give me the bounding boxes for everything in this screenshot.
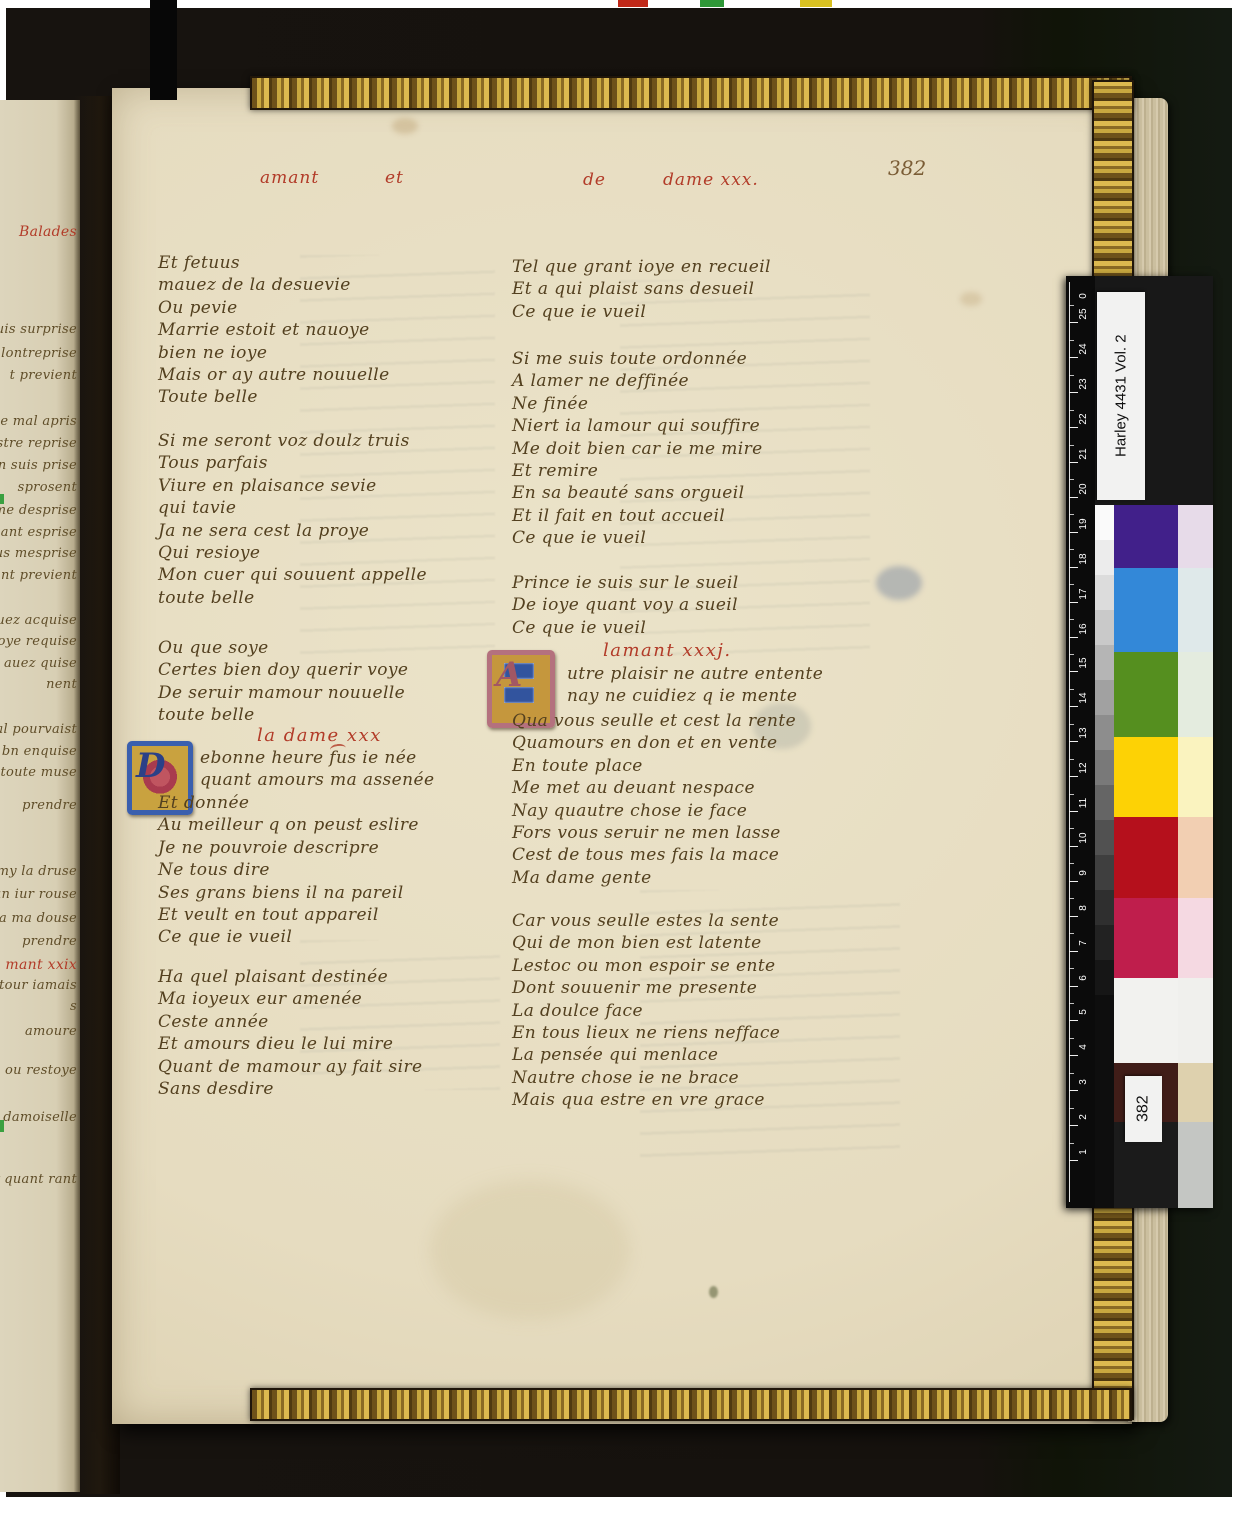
gray-step — [1095, 960, 1114, 995]
verse-line: Si me seront voz doulz truis — [158, 430, 427, 452]
ruler-number: 2 — [1078, 1108, 1090, 1126]
ruler-half-tick — [1069, 863, 1074, 864]
verse-line: La pensée qui menlace — [512, 1044, 780, 1066]
verse-line: En sa beauté sans orgueil — [512, 482, 763, 504]
verse-line: En toute place — [512, 755, 796, 777]
ruler-tick — [1069, 497, 1078, 498]
verse-line: Si me suis toute ordonnée — [512, 348, 763, 370]
ruler-tick — [1069, 602, 1078, 603]
foxing-spot — [960, 292, 982, 306]
verse-line: Qui de mon bien est latente — [512, 932, 780, 954]
right-column-stanza: Tel que grant ioye en recueilEt a qui pl… — [512, 256, 771, 323]
ruler-half-tick — [1069, 340, 1074, 341]
ruler-number: 24 — [1078, 340, 1090, 358]
ruler-half-tick — [1069, 759, 1074, 760]
verse-line: Me met au deuant nespace — [512, 777, 796, 799]
facing-page-line: droit mauez acquise — [0, 613, 77, 628]
patch-swatch — [1178, 898, 1213, 978]
rubric-la-dame: la dame xxx — [257, 725, 382, 746]
right-column-stanza: Car vous seulle estes la senteQui de mon… — [512, 910, 780, 1112]
facing-page-line: t temps fait comme mal apris — [0, 414, 77, 429]
patch-swatch — [1178, 568, 1213, 652]
ruler-half-tick — [1069, 514, 1074, 515]
facing-page-line: my ay tour a ma douse — [0, 911, 77, 926]
patch-swatch — [1178, 505, 1213, 568]
verse-line: Et donnée — [158, 792, 419, 814]
verse-line: Ne finée — [512, 393, 763, 415]
gray-steps — [1095, 505, 1114, 1208]
facing-page-line: sprosent — [18, 480, 77, 495]
verse-line: bien ne ioye — [158, 342, 390, 364]
facing-page-line: ier car on ne me desprise — [0, 503, 77, 518]
ruler-number: 19 — [1078, 515, 1090, 533]
gray-step — [1095, 680, 1114, 715]
verse-line: Prince ie suis sur le sueil — [512, 572, 739, 594]
ruler-number: 25 — [1078, 305, 1090, 323]
ruler: 0 12345678910111213141516171819202122232… — [1066, 276, 1095, 1208]
verse-line: Lestoc ou mon espoir se ente — [512, 955, 780, 977]
facing-page-line: dont doy estre reprise — [0, 436, 77, 451]
ruler-number: 6 — [1078, 969, 1090, 987]
gold-border-top — [250, 76, 1132, 110]
ruler-tick — [1069, 881, 1078, 882]
verse-line: Quant de mamour ay fait sire — [158, 1056, 422, 1078]
verse-line: Ceste année — [158, 1011, 422, 1033]
ruler-number: 23 — [1078, 375, 1090, 393]
verse-line: De ioye quant voy a sueil — [512, 594, 739, 616]
verse-line: Viure en plaisance sevie — [158, 475, 427, 497]
patch-swatch — [1178, 978, 1213, 1063]
gray-step — [1095, 540, 1114, 575]
verse-line: Et amours dieu le lui mire — [158, 1033, 422, 1055]
facing-page-line: nt previent — [1, 568, 77, 583]
left-column-stanza: Ha quel plaisant destinéeMa ioyeux eur a… — [158, 966, 422, 1100]
ruler-number: 9 — [1078, 864, 1090, 882]
verse-line: Quamours en don et en vente — [512, 732, 796, 754]
patch-row-white — [1114, 978, 1213, 1063]
facing-page-line: e men suis bn enquise — [0, 744, 77, 759]
patch-swatch — [1114, 898, 1178, 978]
verse-line: A lamer ne deffinée — [512, 370, 763, 392]
verse-line: ebonne heure fus ie née — [200, 747, 434, 769]
verse-line: utre plaisir ne autre entente — [567, 663, 823, 685]
patch-swatch — [1178, 817, 1213, 898]
initial-letter: D — [136, 746, 165, 786]
ruler-number: 12 — [1078, 759, 1090, 777]
verse-line: Ce que ie vueil — [512, 301, 771, 323]
facing-page-line: ry damoiselle — [0, 1110, 77, 1125]
running-header-word: dame xxx. — [663, 170, 759, 190]
patch-swatch — [1114, 817, 1178, 898]
ruler-tick — [1069, 846, 1078, 847]
facing-page-line: mant xxix — [5, 957, 77, 973]
verse-line: Ses grans biens il na pareil — [158, 882, 419, 904]
patch-swatch — [1178, 652, 1213, 737]
gold-border-bottom — [250, 1388, 1132, 1421]
ruler-number: 14 — [1078, 689, 1090, 707]
verse-line: Mais qua estre en vre grace — [512, 1089, 780, 1111]
verse-line: toute belle — [158, 704, 408, 726]
facing-page-line: vous dequi ie suis surprise — [0, 322, 77, 337]
edge-mark — [0, 1120, 4, 1132]
gray-step — [1095, 820, 1114, 855]
facing-page-line: venir quant rant — [0, 1172, 77, 1187]
verse-line: Ja ne sera cest la proye — [158, 520, 427, 542]
running-header-word: et — [385, 168, 404, 188]
ruler-half-tick — [1069, 619, 1074, 620]
right-column-stanza: Si me suis toute ordonnéeA lamer ne deff… — [512, 348, 763, 550]
verse-line: toute belle — [158, 587, 427, 609]
verse-line: Ce que ie vueil — [158, 926, 419, 948]
ruler-tick — [1069, 706, 1078, 707]
patch-swatch — [1114, 978, 1178, 1063]
left-column-envoy: Ou que soyeCertes bien doy querir voyeDe… — [158, 637, 408, 727]
verse-line: Ma ioyeux eur amenée — [158, 988, 422, 1010]
patch-row-yellow — [1114, 737, 1213, 817]
edge-mark — [0, 494, 4, 504]
ruler-half-tick — [1069, 549, 1074, 550]
verse-line: Et veult en tout appareil — [158, 904, 419, 926]
patch-swatch — [1178, 1122, 1213, 1208]
patch-swatch — [1178, 1063, 1213, 1122]
top-edge-mark — [618, 0, 648, 7]
verse-line: Ce que ie vueil — [512, 617, 739, 639]
right-column-initial-lines: utre plaisir ne autre entente nay ne cui… — [567, 663, 823, 708]
running-header-word: amant — [260, 168, 319, 188]
manuscript-page: amant et de dame xxx. 382 Et fetuusmauez… — [112, 88, 1132, 1424]
verse-line: Qui resioye — [158, 542, 427, 564]
facing-page-line: prendre — [22, 934, 77, 949]
facing-page-sliver: Baladesvous dequi ie suis surpriseay et … — [0, 100, 80, 1492]
facing-page-line: tour iamais — [0, 978, 77, 993]
color-bar-main: Harley 4431 Vol. 2 382 — [1095, 276, 1213, 1208]
ruler-half-tick — [1069, 1003, 1074, 1004]
top-edge-mark — [800, 0, 832, 7]
facing-page-line: ay et q de lontreprise — [0, 346, 77, 361]
ruler-tick — [1069, 671, 1078, 672]
facing-page-line: lien que ien soye requise — [0, 634, 77, 649]
gray-step — [1095, 610, 1114, 645]
verse-line: La doulce face — [512, 1000, 780, 1022]
initial-letter: A — [496, 655, 522, 695]
rubric-lamant: lamant xxxj. — [603, 640, 732, 661]
ruler-tick — [1069, 951, 1078, 952]
ruler-tick — [1069, 1160, 1078, 1161]
verse-line: Mais or ay autre nouuelle — [158, 364, 390, 386]
ruler-number: 18 — [1078, 550, 1090, 568]
ruler-tick — [1069, 811, 1078, 812]
right-column-stanza: Qua vous seulle et cest la renteQuamours… — [512, 710, 796, 889]
ruler-half-tick — [1069, 933, 1074, 934]
gray-step — [1095, 750, 1114, 785]
facing-page-line: oure q chun iur rouse — [0, 887, 77, 902]
verse-line: Mon cuer qui souuent appelle — [158, 564, 427, 586]
ruler-number: 5 — [1078, 1003, 1090, 1021]
digitized-manuscript-photo: Baladesvous dequi ie suis surpriseay et … — [0, 0, 1244, 1536]
ruler-tick — [1069, 427, 1078, 428]
ruler-tick — [1069, 637, 1078, 638]
verse-line: Nay quautre chose ie face — [512, 800, 796, 822]
ruler-half-tick — [1069, 584, 1074, 585]
ruler-number: 13 — [1078, 724, 1090, 742]
left-column-stanza: Et fetuusmauez de la desuevieOu pevieMar… — [158, 252, 390, 409]
verse-line: Nautre chose ie ne brace — [512, 1067, 780, 1089]
facing-page-line: me plaist en toute muse — [0, 765, 77, 780]
ruler-number: 4 — [1078, 1038, 1090, 1056]
book-clamp — [150, 0, 177, 100]
verse-line: quant amours ma assenée — [200, 769, 434, 791]
right-column-envoy: Prince ie suis sur le sueilDe ioye quant… — [512, 572, 739, 639]
ruler-number: 16 — [1078, 620, 1090, 638]
facing-page-line: e ou restoye — [0, 1063, 77, 1078]
ruler-tick — [1069, 392, 1078, 393]
ruler-tick — [1069, 1055, 1078, 1056]
ruler-half-tick — [1069, 654, 1074, 655]
verse-line: Ou pevie — [158, 297, 390, 319]
patch-swatch — [1114, 652, 1178, 737]
ruler-number: 8 — [1078, 899, 1090, 917]
ruler-tick — [1069, 1090, 1078, 1091]
top-edge-mark — [700, 0, 724, 7]
ruler-half-tick — [1069, 1143, 1074, 1144]
patch-swatch — [1114, 568, 1178, 652]
facing-page-line: si oces vaillant esprise — [0, 525, 77, 540]
ruler-tick — [1069, 986, 1078, 987]
left-column-stanza: Si me seront voz doulz truisTous parfais… — [158, 430, 427, 609]
patch-row-crimson — [1114, 898, 1213, 978]
ruler-top-label: 0 — [1078, 287, 1090, 305]
folio-number-ink: 382 — [888, 156, 926, 180]
verse-line: Ce que ie vueil — [512, 527, 763, 549]
facing-page-line: t previent — [10, 368, 77, 383]
verse-line: Cest de tous mes fais la mace — [512, 844, 796, 866]
ink-smudge — [876, 566, 922, 600]
ruler-tick — [1069, 741, 1078, 742]
verse-line: Marrie estoit et nauoye — [158, 319, 390, 341]
ruler-half-tick — [1069, 375, 1074, 376]
ruler-half-tick — [1069, 479, 1074, 480]
facing-page-line: m p tres loyal pourvaist — [0, 722, 77, 737]
patch-row-blue — [1114, 568, 1213, 652]
gray-step — [1095, 715, 1114, 750]
ruler-number: 22 — [1078, 410, 1090, 428]
verse-line: Et fetuus — [158, 252, 390, 274]
ruler-tick — [1069, 1125, 1078, 1126]
shelfmark-label: Harley 4431 Vol. 2 — [1097, 292, 1145, 500]
facing-page-line: prendre — [22, 798, 77, 813]
left-column-stanza: Et donnéeAu meilleur q on peust eslireJe… — [158, 792, 419, 949]
ruler-half-tick — [1069, 968, 1074, 969]
ruler-tick — [1069, 357, 1078, 358]
gray-step — [1095, 855, 1114, 890]
patch-swatch — [1178, 737, 1213, 817]
verse-line: Dont souuenir me presente — [512, 977, 780, 999]
facing-page-line: ele et lauoye auez quise — [0, 656, 77, 671]
verse-line: Tous parfais — [158, 452, 427, 474]
verse-line: nay ne cuidiez q ie mente — [567, 685, 823, 707]
verse-line: Sans desdire — [158, 1078, 422, 1100]
ruler-half-tick — [1069, 305, 1074, 306]
folio-label: 382 — [1125, 1076, 1162, 1142]
gray-step — [1095, 505, 1114, 540]
ruler-number: 11 — [1078, 794, 1090, 812]
ruler-number: 7 — [1078, 934, 1090, 952]
verse-line: Certes bien doy querir voye — [158, 659, 408, 681]
ruler-half-tick — [1069, 1038, 1074, 1039]
ruler-tick — [1069, 532, 1078, 533]
verse-line: Au meilleur q on peust eslire — [158, 814, 419, 836]
verse-line: De seruir mamour nouuelle — [158, 682, 408, 704]
verse-line: En tous lieux ne riens nefface — [512, 1022, 780, 1044]
ruler-half-tick — [1069, 445, 1074, 446]
gray-step — [1095, 785, 1114, 820]
verse-line: Ha quel plaisant destinée — [158, 966, 422, 988]
patch-row-green — [1114, 652, 1213, 737]
facing-page-line: seul lo quant nen suis prise — [0, 458, 77, 473]
ruler-half-tick — [1069, 1108, 1074, 1109]
facing-page-line: Balades — [19, 224, 77, 240]
ruler-number: 3 — [1078, 1073, 1090, 1091]
patch-swatch — [1114, 505, 1178, 568]
verse-line: Ou que soye — [158, 637, 408, 659]
gray-step — [1095, 890, 1114, 925]
running-header-word: de — [583, 170, 606, 190]
ruler-tick — [1069, 916, 1078, 917]
ruler-tick — [1069, 567, 1078, 568]
left-column-initial-lines: ebonne heure fus ie née quant amours ma … — [200, 747, 434, 792]
ruler-half-tick — [1069, 724, 1074, 725]
verse-line: qui tavie — [158, 497, 427, 519]
ruler-number: 1 — [1078, 1143, 1090, 1161]
ruler-tick — [1069, 1020, 1078, 1021]
patch-row-purple — [1114, 505, 1213, 568]
gray-step — [1095, 645, 1114, 680]
ruler-half-tick — [1069, 828, 1074, 829]
gray-step — [1095, 925, 1114, 960]
ruler-half-tick — [1069, 410, 1074, 411]
verse-line: Fors vous seruir ne men lasse — [512, 822, 796, 844]
facing-page-line: nent — [46, 677, 77, 692]
ruler-tick — [1069, 462, 1078, 463]
facing-page-line: tel q nul ne seus mesprise — [0, 546, 77, 561]
patch-swatch — [1114, 737, 1178, 817]
ruler-half-tick — [1069, 689, 1074, 690]
ruler-tick — [1069, 776, 1078, 777]
ruler-half-tick — [1069, 794, 1074, 795]
verse-line: Toute belle — [158, 386, 390, 408]
foxing-spot — [392, 118, 418, 134]
verse-line: Car vous seulle estes la sente — [512, 910, 780, 932]
verse-line: mauez de la desuevie — [158, 274, 390, 296]
ruler-number: 15 — [1078, 654, 1090, 672]
ruler-number: 17 — [1078, 585, 1090, 603]
verse-line: Tel que grant ioye en recueil — [512, 256, 771, 278]
verse-line: Ma dame gente — [512, 867, 796, 889]
ink-speck — [709, 1286, 718, 1298]
ruler-tick — [1069, 322, 1078, 323]
ruler-number: 20 — [1078, 480, 1090, 498]
verse-line: Et remire — [512, 460, 763, 482]
verse-line: Qua vous seulle et cest la rente — [512, 710, 796, 732]
color-calibration-bar: 0 12345678910111213141516171819202122232… — [1066, 276, 1213, 1208]
ruler-number: 21 — [1078, 445, 1090, 463]
verse-line: Ne tous dire — [158, 859, 419, 881]
patch-row-red — [1114, 817, 1213, 898]
facing-page-line: amoure — [25, 1024, 77, 1039]
ruler-half-tick — [1069, 898, 1074, 899]
verse-line: Je ne pouvroie descripre — [158, 837, 419, 859]
verse-line: Me doit bien car ie me mire — [512, 438, 763, 460]
verse-line: Et il fait en tout accueil — [512, 505, 763, 527]
parchment-stain — [430, 1180, 630, 1320]
verse-line: Niert ia lamour qui souffire — [512, 415, 763, 437]
verse-line: Et a qui plaist sans desueil — [512, 278, 771, 300]
facing-page-line: e doulz amy la druse — [0, 864, 77, 879]
ruler-number: 10 — [1078, 829, 1090, 847]
ruler-half-tick — [1069, 1073, 1074, 1074]
gray-step — [1095, 575, 1114, 610]
